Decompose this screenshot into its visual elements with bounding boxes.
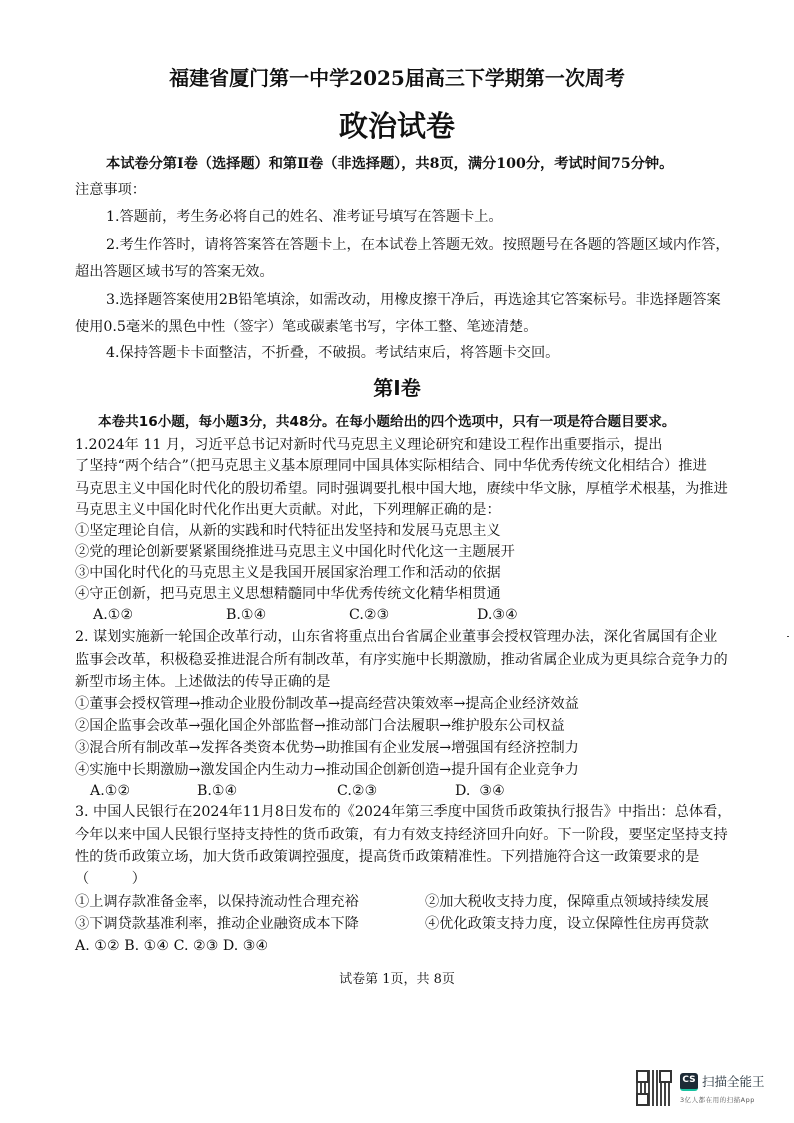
scanner-watermark: CS 扫描全能王 3亿人都在用的扫描App bbox=[636, 1070, 786, 1112]
question-stem: 马克思主义中国化时代化的殷切希望。同时强调要扎根中国大地，赓续中华文脉，厚植学术… bbox=[75, 479, 735, 499]
notice-heading: 注意事项： bbox=[75, 180, 735, 200]
exam-page: 福建省厦门第一中学2025届高三下学期第一次周考 政治试卷 本试卷分第Ⅰ卷（选择… bbox=[0, 0, 794, 1123]
statement: ③中国化时代化的马克思主义是我国开展国家治理工作和活动的依据 bbox=[75, 563, 735, 583]
qr-code-icon bbox=[636, 1070, 672, 1106]
option-b[interactable]: B.①④ bbox=[226, 605, 349, 625]
option-c[interactable]: C.②③ bbox=[337, 781, 455, 801]
question-stem: 1.2024年 11 月，习近平总书记对新时代马克思主义理论研究和建设工程作出重… bbox=[75, 435, 735, 455]
watermark-tagline: 3亿人都在用的扫描App bbox=[680, 1095, 755, 1104]
section-title: 第Ⅰ卷 bbox=[0, 372, 794, 401]
statement: ③下调贷款基准利率，推动企业融资成本下降 bbox=[75, 914, 405, 934]
exam-subtitle: 政治试卷 bbox=[0, 104, 794, 145]
statement: ①董事会授权管理→推动企业股份制改革→提高经营决策效率→提高企业经济效益 bbox=[75, 694, 735, 714]
options-row: A.①②B.①④C.②③D. ③④ bbox=[90, 781, 750, 801]
statement: ①上调存款准备金率，以保持流动性合理充裕 bbox=[75, 892, 405, 912]
scan-speck bbox=[787, 636, 789, 637]
camscanner-logo-icon: CS bbox=[680, 1073, 698, 1091]
statement: ④优化政策支持力度，设立保障性住房再贷款 bbox=[425, 914, 745, 934]
question-stem: 监事会改革，积极稳妥推进混合所有制改革，有序实施中长期激励，推动省属企业成为更具… bbox=[75, 650, 735, 670]
intro-text: 本试卷分第Ⅰ卷（选择题）和第Ⅱ卷（非选择题），共8页，满分100分，考试时间75… bbox=[106, 154, 766, 174]
option-a[interactable]: A.①② bbox=[93, 605, 226, 625]
option-d[interactable]: D.③④ bbox=[477, 605, 518, 625]
notice-item: 3.选择题答案使用2B铅笔填涂，如需改动，用橡皮擦干净后，再选途其它答案标号。非… bbox=[106, 290, 766, 310]
exam-title: 福建省厦门第一中学2025届高三下学期第一次周考 bbox=[0, 62, 794, 91]
question-stem: 马克思主义中国化时代化作出更大贡献。对此，下列理解正确的是： bbox=[75, 500, 735, 520]
statement: ④守正创新，把马克思主义思想精髓同中华优秀传统文化精华相贯通 bbox=[75, 584, 735, 604]
options-row: A.①②B.①④C.②③D.③④ bbox=[93, 605, 753, 625]
notice-item: 超出答题区域书写的答案无效。 bbox=[75, 262, 735, 282]
section-instructions: 本卷共16小题，每小题3分，共48分。在每小题给出的四个选项中，只有一项是符合题… bbox=[98, 412, 758, 432]
statement: ②党的理论创新要紧紧围绕推进马克思主义中国化时代化这一主题展开 bbox=[75, 542, 735, 562]
watermark-name: 扫描全能王 bbox=[702, 1072, 765, 1090]
question-stem: 3. 中国人民银行在2024年11月8日发布的《2024年第三季度中国货币政策执… bbox=[75, 802, 735, 822]
statement: ④实施中长期激励→激发国企内生动力→推动国企创新创造→提升国有企业竞争力 bbox=[75, 760, 735, 780]
notice-item: 1.答题前，考生务必将自己的姓名、准考证号填写在答题卡上。 bbox=[106, 207, 766, 227]
statement: ②加大税收支持力度，保障重点领域持续发展 bbox=[425, 892, 745, 912]
option-d[interactable]: D. ③④ bbox=[455, 781, 505, 801]
question-stem: 了坚持“两个结合”（把马克思主义基本原理同中国具体实际相结合、同中华优秀传统文化… bbox=[75, 456, 735, 476]
question-stem: 性的货币政策立场，加大货币政策调控强度，提高货币政策精准性。下列措施符合这一政策… bbox=[75, 847, 735, 867]
page-footer: 试卷第 1页，共 8页 bbox=[0, 968, 794, 987]
question-stem: 今年以来中国人民银行坚持支持性的货币政策，有力有效支持经济回升向好。下一阶段，要… bbox=[75, 825, 735, 845]
options-row: A. ①② B. ①④ C. ②③ D. ③④ bbox=[75, 936, 735, 956]
option-a[interactable]: A.①② bbox=[90, 781, 197, 801]
statement: ①坚定理论自信，从新的实践和时代特征出发坚持和发展马克思主义 bbox=[75, 521, 735, 541]
option-c[interactable]: C.②③ bbox=[349, 605, 477, 625]
notice-item: 使用0.5毫米的黑色中性（签字）笔或碳素笔书写，字体工整、笔迹清楚。 bbox=[75, 317, 735, 337]
question-stem: 新型市场主体。上述做法的传导正确的是 bbox=[75, 672, 735, 692]
answer-blank: （ ） bbox=[75, 869, 735, 889]
notice-item: 4.保持答题卡卡面整洁，不折叠，不破损。考试结束后，将答题卡交回。 bbox=[106, 343, 766, 363]
statement: ②国企监事会改革→强化国企外部监督→推动部门合法履职→维护股东公司权益 bbox=[75, 716, 735, 736]
notice-item: 2.考生作答时，请将答案答在答题卡上，在本试卷上答题无效。按照题号在各题的答题区… bbox=[106, 235, 766, 255]
option-b[interactable]: B.①④ bbox=[197, 781, 337, 801]
question-stem: 2. 谋划实施新一轮国企改革行动，山东省将重点出台省属企业董事会授权管理办法，深… bbox=[75, 627, 735, 647]
statement: ③混合所有制改革→发挥各类资本优势→助推国有企业发展→增强国有经济控制力 bbox=[75, 738, 735, 758]
